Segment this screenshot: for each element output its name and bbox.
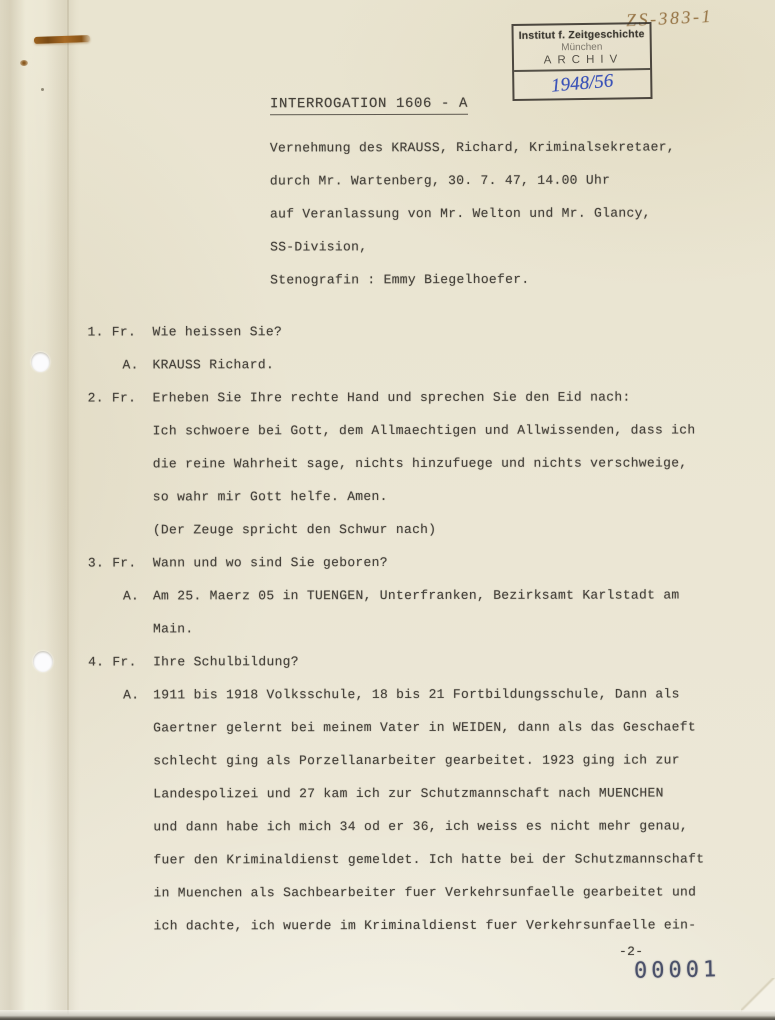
continuation-text: (Der Zeuge spricht den Schwur nach) [153,513,437,546]
answer-label: A. [123,348,139,381]
qa-continuation-line: die reine Wahrheit sage, nichts hinzufue… [0,446,775,480]
answer-text: 1911 bis 1918 Volksschule, 18 bis 21 For… [153,677,680,711]
header-line: auf Veranlassung von Mr. Welton und Mr. … [270,196,675,230]
scanned-document-page: ZS-383-1 Institut f. Zeitgeschichte Münc… [0,0,775,1020]
qa-question-line: 3. Fr. Wann und wo sind Sie geboren? [0,545,775,579]
header-line: Vernehmung des KRAUSS, Richard, Kriminal… [270,130,675,164]
qa-continuation-line: Landespolizei und 27 kam ich zur Schutzm… [0,776,775,810]
answer-text: KRAUSS Richard. [153,348,275,381]
archive-stamp: Institut f. Zeitgeschichte München ARCHI… [511,22,652,101]
continuation-text: so wahr mir Gott helfe. Amen. [153,480,388,513]
qa-answer-line: A. 1911 bis 1918 Volksschule, 18 bis 21 … [0,677,775,711]
qa-continuation-line: schlecht ging als Porzellanarbeiter gear… [0,743,775,777]
corner-fold [741,978,775,1012]
continuation-text: Gaertner gelernt bei meinem Vater in WEI… [153,710,696,744]
qa-continuation-line: fuer den Kriminaldienst gemeldet. Ich ha… [0,842,775,876]
continuation-text: fuer den Kriminaldienst gemeldet. Ich ha… [153,842,704,876]
continuation-text: in Muenchen als Sachbearbeiter fuer Verk… [153,875,696,909]
document-title: INTERROGATION 1606 - A [270,96,468,116]
continuation-text: ich dachte, ich wuerde im Kriminaldienst… [153,908,696,942]
question-text: Erheben Sie Ihre rechte Hand und spreche… [153,381,631,415]
qa-continuation-line: (Der Zeuge spricht den Schwur nach) [0,512,775,546]
header-line: SS-Division, [270,229,675,263]
stamp-archiv-line: ARCHIV [519,53,648,67]
question-number: 2. Fr. [88,381,137,414]
qa-question-line: 4. Fr. Ihre Schulbildung? [0,644,775,678]
qa-answer-line: A. Am 25. Maerz 05 in TUENGEN, Unterfran… [0,578,775,612]
page-number: -2- [619,944,643,959]
continuation-text: die reine Wahrheit sage, nichts hinzufue… [153,446,688,480]
rust-staple-mark [34,35,90,44]
question-number: 4. Fr. [88,645,137,678]
question-text: Ihre Schulbildung? [153,645,299,678]
answer-label: A. [123,678,139,711]
continuation-text: und dann habe ich mich 34 od er 36, ich … [153,809,688,843]
continuation-text: schlecht ging als Porzellanarbeiter gear… [153,743,680,777]
ink-speck [41,88,44,91]
qa-continuation-line: ich dachte, ich wuerde im Kriminaldienst… [0,908,775,942]
qa-question-line: 1. Fr. Wie heissen Sie? [0,314,775,348]
stamp-city-line: München [516,41,648,54]
qa-transcript: 1. Fr. Wie heissen Sie? A. KRAUSS Richar… [0,314,775,942]
qa-continuation-line: in Muenchen als Sachbearbeiter fuer Verk… [0,875,775,909]
qa-continuation-line: Main. [0,611,775,645]
header-line: Stenografin : Emmy Biegelhoefer. [270,262,675,296]
serial-number-stamp: 00001 [634,957,721,984]
continuation-text: Landespolizei und 27 kam ich zur Schutzm… [153,777,663,811]
stamp-institution-line: Institut f. Zeitgeschichte [516,28,648,42]
question-number: 3. Fr. [88,546,137,579]
qa-continuation-line: Gaertner gelernt bei meinem Vater in WEI… [0,710,775,744]
answer-text: Am 25. Maerz 05 in TUENGEN, Unterfranken… [153,578,680,612]
continuation-text: Ich schwoere bei Gott, dem Allmaechtigen… [153,413,696,447]
question-text: Wann und wo sind Sie geboren? [153,546,388,579]
continuation-text: Main. [153,612,194,645]
qa-question-line: 2. Fr. Erheben Sie Ihre rechte Hand und … [0,380,775,414]
question-text: Wie heissen Sie? [152,315,282,348]
document-header: Vernehmung des KRAUSS, Richard, Kriminal… [270,130,676,296]
header-line: durch Mr. Wartenberg, 30. 7. 47, 14.00 U… [270,163,675,197]
rust-spot [20,60,28,66]
qa-continuation-line: Ich schwoere bei Gott, dem Allmaechtigen… [0,413,775,447]
qa-continuation-line: so wahr mir Gott helfe. Amen. [0,479,775,513]
question-number: 1. Fr. [87,315,136,348]
scan-bottom-edge [0,1010,775,1020]
answer-label: A. [123,579,139,612]
qa-continuation-line: und dann habe ich mich 34 od er 36, ich … [0,809,775,843]
qa-answer-line: A. KRAUSS Richard. [0,347,775,381]
